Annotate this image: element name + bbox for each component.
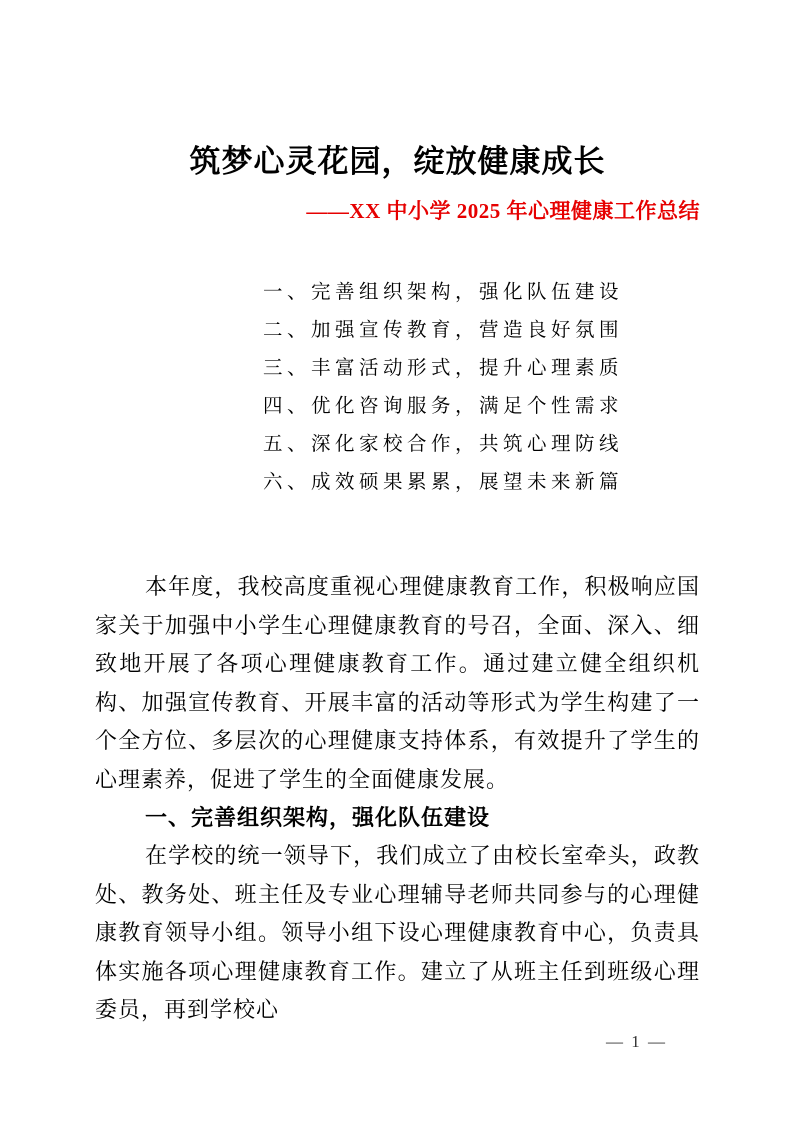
intro-paragraph: 本年度，我校高度重视心理健康教育工作，积极响应国家关于加强中小学生心理健康教育的… (95, 568, 700, 799)
toc-item-1: 一、完善组织架构，强化队伍建设 (263, 274, 700, 312)
document-content: 筑梦心灵花园，绽放健康成长 ——XX 中小学 2025 年心理健康工作总结 一、… (95, 0, 700, 1030)
toc-item-6: 六、成效硕果累累，展望未来新篇 (263, 464, 700, 502)
toc-item-2: 二、加强宣传教育，营造良好氛围 (263, 312, 700, 350)
toc-item-5: 五、深化家校合作，共筑心理防线 (263, 426, 700, 464)
document-title: 筑梦心灵花园，绽放健康成长 (95, 140, 700, 184)
document-page: 筑梦心灵花园，绽放健康成长 ——XX 中小学 2025 年心理健康工作总结 一、… (0, 0, 793, 1122)
toc-item-4: 四、优化咨询服务，满足个性需求 (263, 388, 700, 426)
toc-item-3: 三、丰富活动形式，提升心理素质 (263, 350, 700, 388)
document-subtitle: ——XX 中小学 2025 年心理健康工作总结 (95, 196, 700, 226)
page-number: — 1 — (606, 1030, 667, 1054)
table-of-contents: 一、完善组织架构，强化队伍建设 二、加强宣传教育，营造良好氛围 三、丰富活动形式… (263, 274, 700, 502)
section-heading-1: 一、完善组织架构，强化队伍建设 (95, 799, 700, 837)
section-paragraph-1: 在学校的统一领导下，我们成立了由校长室牵头，政教处、教务处、班主任及专业心理辅导… (95, 837, 700, 1030)
